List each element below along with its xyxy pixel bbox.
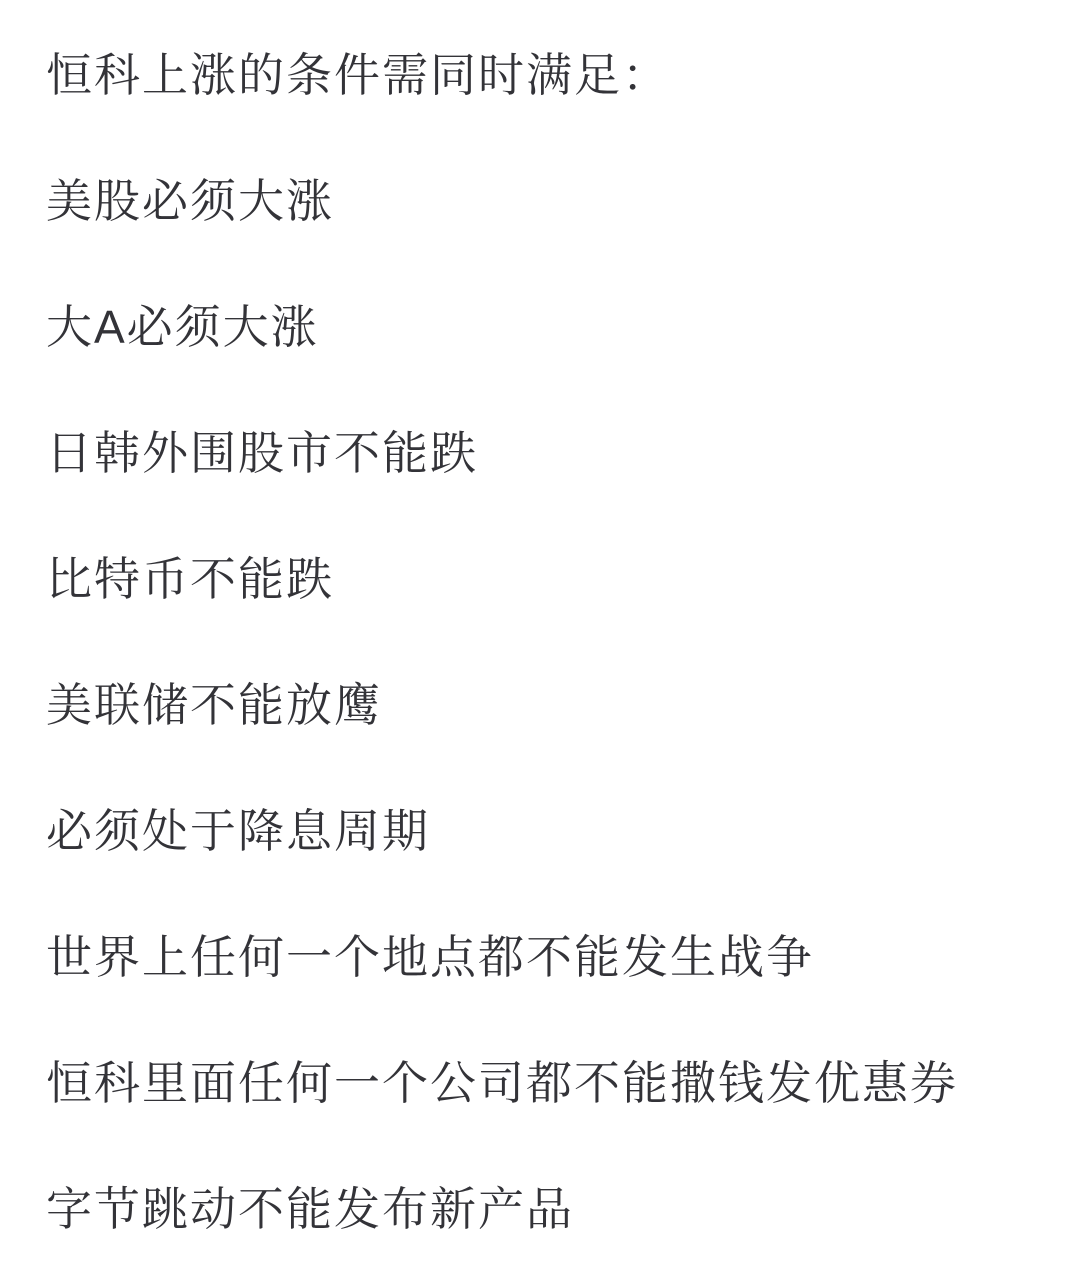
condition-line: 字节跳动不能发布新产品: [46, 1186, 1040, 1232]
condition-line: 美联储不能放鹰: [46, 682, 1040, 728]
conditions-text-block: 恒科上涨的条件需同时满足： 美股必须大涨大A必须大涨日韩外围股市不能跌比特币不能…: [0, 0, 1080, 1232]
condition-line: 世界上任何一个地点都不能发生战争: [46, 934, 1040, 980]
condition-line: 恒科里面任何一个公司都不能撒钱发优惠券: [46, 1060, 1040, 1106]
condition-line: 必须处于降息周期: [46, 808, 1040, 854]
conditions-title: 恒科上涨的条件需同时满足：: [46, 52, 1040, 98]
screenshot-page: 恒科上涨的条件需同时满足： 美股必须大涨大A必须大涨日韩外围股市不能跌比特币不能…: [0, 0, 1080, 1286]
conditions-list: 美股必须大涨大A必须大涨日韩外围股市不能跌比特币不能跌美联储不能放鹰必须处于降息…: [46, 178, 1040, 1232]
condition-line: 比特币不能跌: [46, 556, 1040, 602]
condition-line: 美股必须大涨: [46, 178, 1040, 224]
condition-line: 大A必须大涨: [46, 304, 1040, 350]
condition-line: 日韩外围股市不能跌: [46, 430, 1040, 476]
